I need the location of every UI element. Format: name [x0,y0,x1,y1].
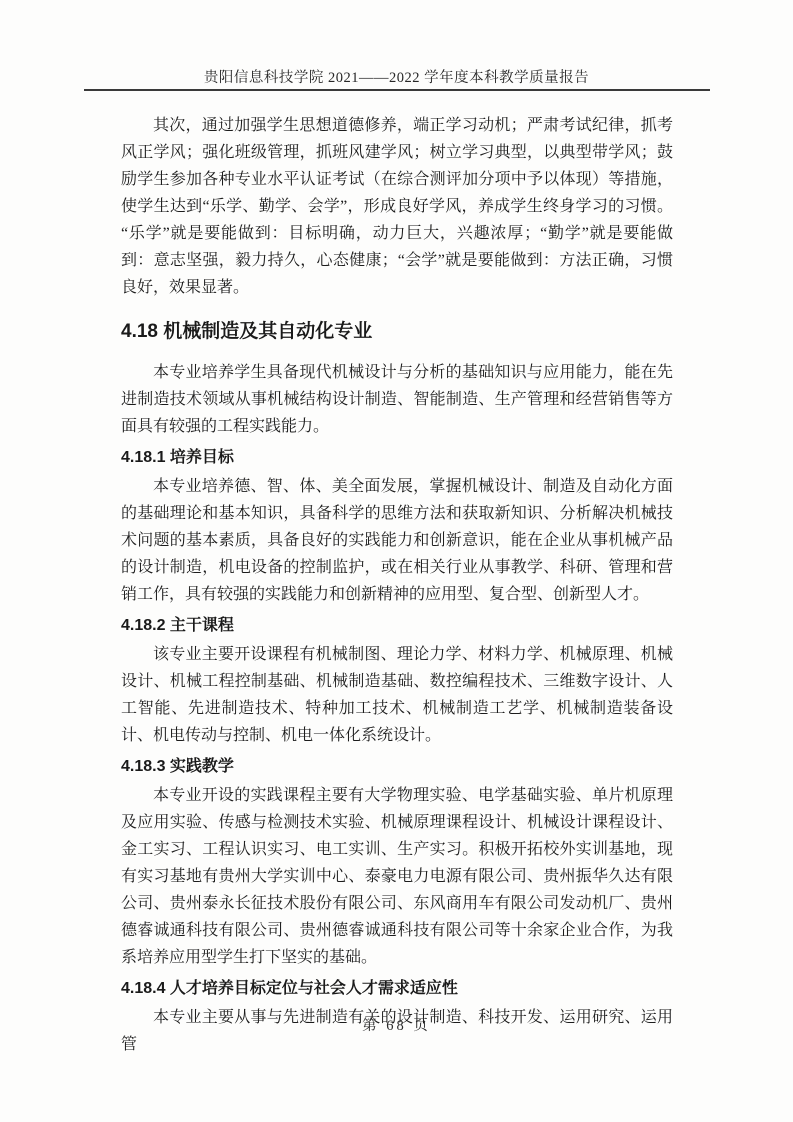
page-body: 其次，通过加强学生思想道德修养，端正学习动机；严肃考试纪律，抓考风正学风；强化班… [121,112,673,1058]
header-rule [84,89,710,91]
running-header: 贵阳信息科技学院 2021——2022 学年度本科教学质量报告 [0,66,793,87]
subsection-title-practical-teaching: 4.18.3 实践教学 [121,753,673,780]
intro-paragraph: 其次，通过加强学生思想道德修养，端正学习动机；严肃考试纪律，抓考风正学风；强化班… [121,112,673,301]
section-intro-paragraph: 本专业培养学生具备现代机械设计与分析的基础知识与应用能力，能在先进制造技术领域从… [121,359,673,440]
document-page: 贵阳信息科技学院 2021——2022 学年度本科教学质量报告 其次，通过加强学… [0,0,793,1122]
subsection-paragraph-practical-teaching: 本专业开设的实践课程主要有大学物理实验、电学基础实验、单片机原理及应用实验、传感… [121,782,673,971]
section-title: 4.18 机械制造及其自动化专业 [121,319,673,345]
subsection-title-main-courses: 4.18.2 主干课程 [121,612,673,639]
subsection-paragraph-training-objectives: 本专业培养德、智、体、美全面发展，掌握机械设计、制造及自动化方面的基础理论和基本… [121,473,673,608]
subsection-title-talent-positioning: 4.18.4 人才培养目标定位与社会人才需求适应性 [121,975,673,1002]
subsection-paragraph-main-courses: 该专业主要开设课程有机械制图、理论力学、材料力学、机械原理、机械设计、机械工程控… [121,641,673,749]
page-number-footer: 第 68 页 [0,1014,793,1035]
subsection-title-training-objectives: 4.18.1 培养目标 [121,444,673,471]
